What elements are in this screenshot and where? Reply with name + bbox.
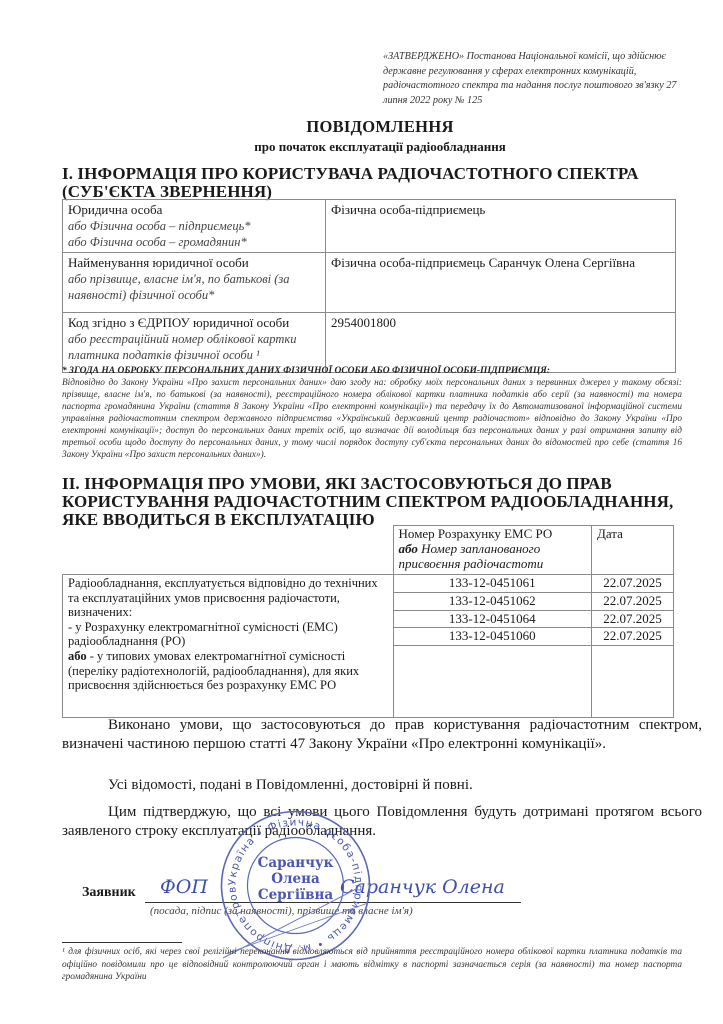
consent-heading: * ЗГОДА НА ОБРОБКУ ПЕРСОНАЛЬНИХ ДАНИХ ФІ… — [62, 365, 682, 377]
section1-heading-line1: І. ІНФОРМАЦІЯ ПРО КОРИСТУВАЧА РАДІОЧАСТО… — [62, 165, 702, 183]
description-text: Радіообладнання, експлуатується відповід… — [68, 576, 388, 620]
table-row: Найменування юридичної особи або прізвищ… — [63, 253, 676, 313]
emc-number-empty — [393, 646, 591, 718]
emc-date: 22.07.2025 — [591, 575, 673, 593]
row-label-alt: або реєстраційний номер облікової картки… — [68, 331, 320, 363]
consent-body: Відповідно до Закону України «Про захист… — [62, 377, 682, 461]
empty-header-cell — [63, 526, 394, 575]
emc-date-empty — [591, 646, 673, 718]
value-cell: Фізична особа-підприємець Саранчук Олена… — [326, 253, 676, 313]
emc-number: 133-12-0451061 — [393, 575, 591, 593]
section2-heading-line: ІІ. ІНФОРМАЦІЯ ПРО УМОВИ, ЯКІ ЗАСТОСОВУЮ… — [62, 475, 702, 493]
description-or: або — [68, 649, 87, 663]
section2-heading-line: КОРИСТУВАННЯ РАДІОЧАСТОТНИМ СПЕКТРОМ РАД… — [62, 493, 702, 511]
document-title: ПОВІДОМЛЕННЯ — [60, 117, 700, 137]
conditions-table: Номер Розрахунку ЕМС РО або Номер заплан… — [62, 525, 674, 718]
table-row: Код згідно з ЄДРПОУ юридичної особи або … — [63, 313, 676, 373]
label-cell: Юридична особа або Фізична особа – підпр… — [63, 200, 326, 253]
emc-date: 22.07.2025 — [591, 610, 673, 628]
header-text: Номер Розрахунку ЕМС РО — [399, 526, 553, 541]
official-stamp: Україна • Фізична особа-підприємець • м.… — [218, 808, 373, 963]
row-label-alt: або Фізична особа – підприємець* — [68, 218, 320, 234]
conditions-paragraph: Виконано умови, що застосовуються до пра… — [62, 716, 702, 753]
approval-note: «ЗАТВЕРДЖЕНО» Постанова Національної ком… — [383, 50, 693, 108]
emc-number: 133-12-0451062 — [393, 592, 591, 610]
date-column-header: Дата — [591, 526, 673, 575]
row-label-alt: або Фізична особа – громадянин* — [68, 234, 320, 250]
table-header-row: Номер Розрахунку ЕМС РО або Номер заплан… — [63, 526, 674, 575]
section1-heading: І. ІНФОРМАЦІЯ ПРО КОРИСТУВАЧА РАДІОЧАСТО… — [62, 165, 702, 201]
paragraph-text: Усі відомості, подані в Повідомленні, до… — [108, 777, 473, 793]
emc-number: 133-12-0451060 — [393, 628, 591, 646]
row-label: Код згідно з ЄДРПОУ юридичної особи — [68, 315, 320, 331]
table-row: Радіообладнання, експлуатується відповід… — [63, 575, 674, 593]
value-cell: Фізична особа-підприємець — [326, 200, 676, 253]
row-label: Найменування юридичної особи — [68, 255, 320, 271]
row-label-alt: або прізвище, власне ім'я, по батькові (… — [68, 271, 320, 303]
stamp-center-text: Саранчук Олена Сергіївна — [218, 855, 373, 903]
document-subtitle: про початок експлуатації радіообладнання — [60, 139, 700, 155]
number-column-header: Номер Розрахунку ЕМС РО або Номер заплан… — [393, 526, 591, 575]
description-text: або - у типових умовах електромагнітної … — [68, 649, 388, 693]
label-cell: Найменування юридичної особи або прізвищ… — [63, 253, 326, 313]
consent-block: * ЗГОДА НА ОБРОБКУ ПЕРСОНАЛЬНИХ ДАНИХ ФІ… — [62, 365, 682, 461]
description-cell: Радіообладнання, експлуатується відповід… — [63, 575, 394, 718]
confirmation-paragraph: Цим підтверджую, що всі умови цього Пові… — [62, 803, 702, 840]
emc-date: 22.07.2025 — [591, 628, 673, 646]
header-or: або — [399, 541, 418, 556]
section2-heading: ІІ. ІНФОРМАЦІЯ ПРО УМОВИ, ЯКІ ЗАСТОСОВУЮ… — [62, 475, 702, 529]
footnote-divider — [62, 942, 182, 943]
footnote: ¹ для фізичних осіб, які через свої релі… — [62, 946, 682, 984]
stamp-line: Саранчук — [218, 855, 373, 871]
handwritten-position: ФОП — [160, 876, 208, 898]
stamp-line: Олена — [218, 871, 373, 887]
applicant-info-table: Юридична особа або Фізична особа – підпр… — [62, 199, 676, 373]
row-label: Юридична особа — [68, 202, 320, 218]
accuracy-paragraph: Усі відомості, подані в Повідомленні, до… — [62, 776, 702, 795]
applicant-label: Заявник — [82, 885, 136, 901]
value-cell: 2954001800 — [326, 313, 676, 373]
stamp-line: Сергіївна — [218, 887, 373, 903]
emc-number: 133-12-0451064 — [393, 610, 591, 628]
header-alt-text: Номер запланованого присвоєння радіочаст… — [399, 541, 544, 571]
label-cell: Код згідно з ЄДРПОУ юридичної особи або … — [63, 313, 326, 373]
description-tail: - у типових умовах електромагнітної сумі… — [68, 649, 359, 692]
description-text: - у Розрахунку електромагнітної суміснос… — [68, 620, 388, 649]
paragraph-text: Цим підтверджую, що всі умови цього Пові… — [62, 804, 702, 839]
emc-date: 22.07.2025 — [591, 592, 673, 610]
table-row: Юридична особа або Фізична особа – підпр… — [63, 200, 676, 253]
paragraph-text: Виконано умови, що застосовуються до пра… — [62, 717, 702, 752]
